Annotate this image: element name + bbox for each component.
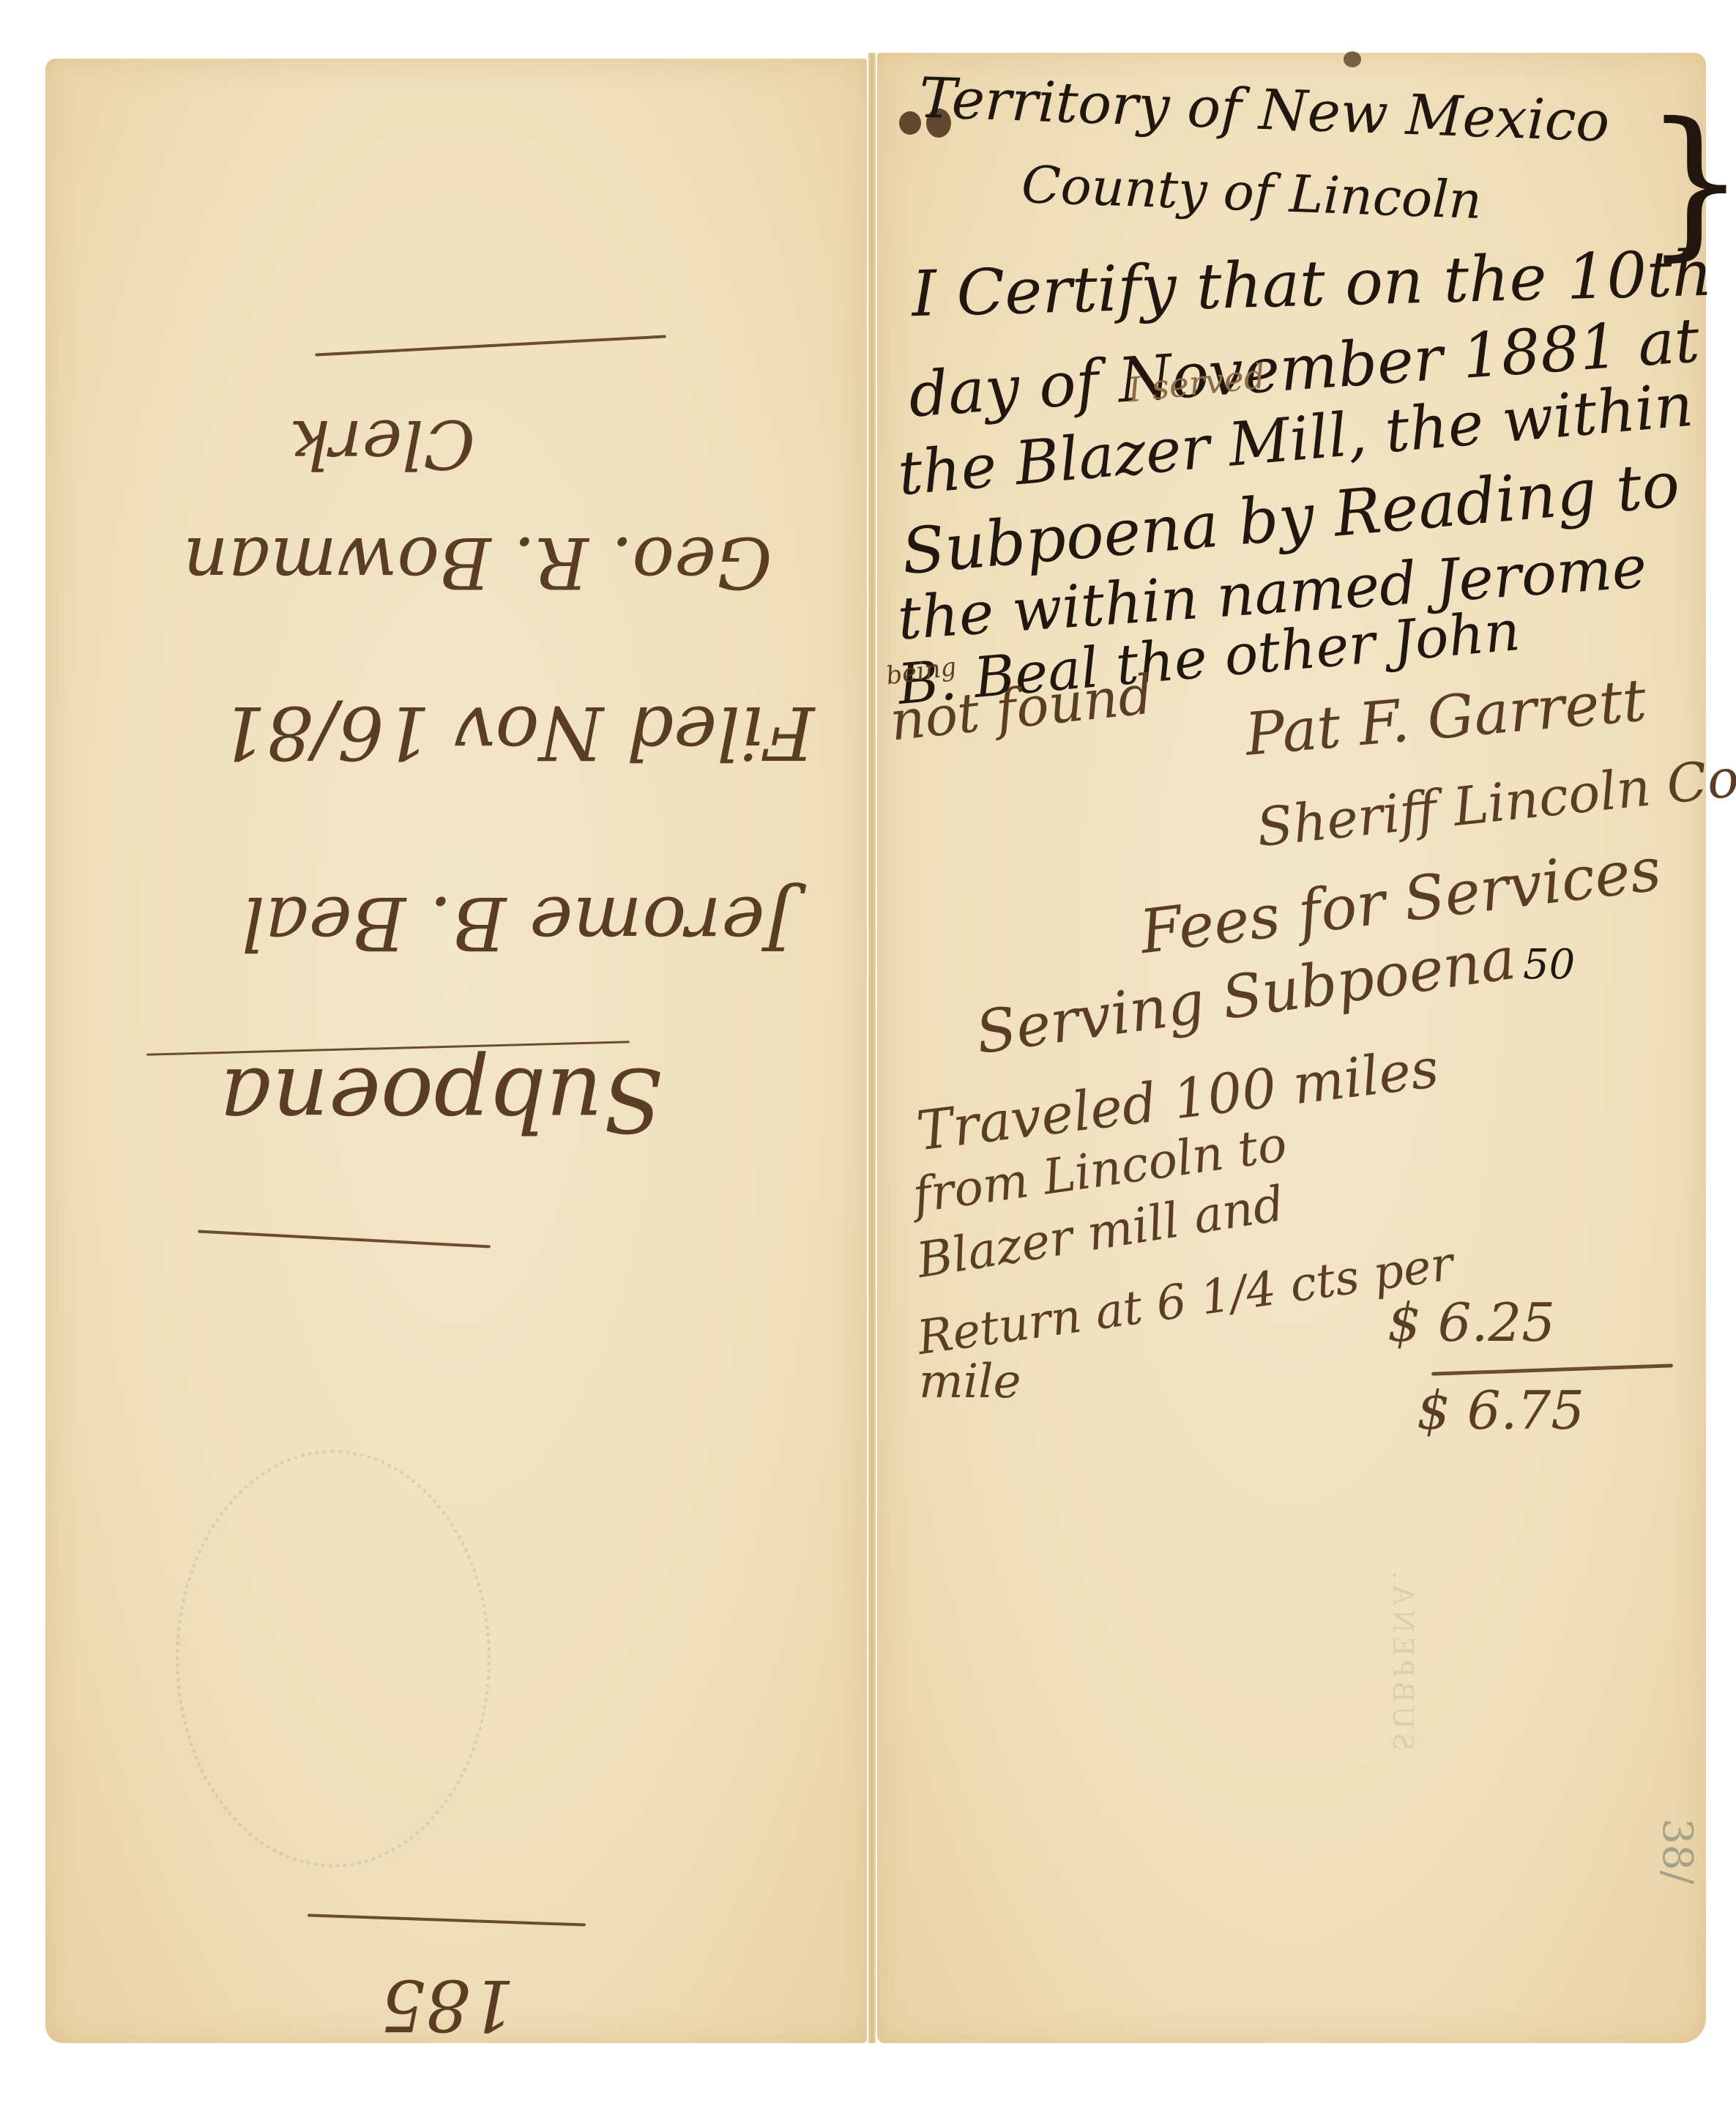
fees-total: $ 6.75 — [1417, 1384, 1584, 1437]
docket-title: Subpoena — [220, 1054, 663, 1142]
county-heading: County of Lincoln — [1021, 159, 1483, 226]
docket-name: Jerome B. Beal — [242, 886, 794, 959]
ink-blot — [1344, 51, 1361, 67]
pencil-mark: 38/ — [1656, 1818, 1697, 1884]
travel-line-5: mile — [919, 1358, 1021, 1405]
center-fold — [868, 53, 876, 2043]
fees-serving-amount: 50 — [1523, 945, 1575, 986]
fees-subtotal: $ 6.25 — [1387, 1296, 1555, 1349]
file-number: 185 — [381, 1970, 515, 2040]
clerk-title: Clerk — [289, 410, 475, 477]
embossed-seal — [176, 1450, 491, 1867]
filed-date: Filed Nov 16/81 — [220, 696, 815, 769]
clerk-name: Geo. R. Bowman — [183, 527, 772, 598]
bleed-through-label: SUBPENA. — [1385, 1567, 1420, 1750]
